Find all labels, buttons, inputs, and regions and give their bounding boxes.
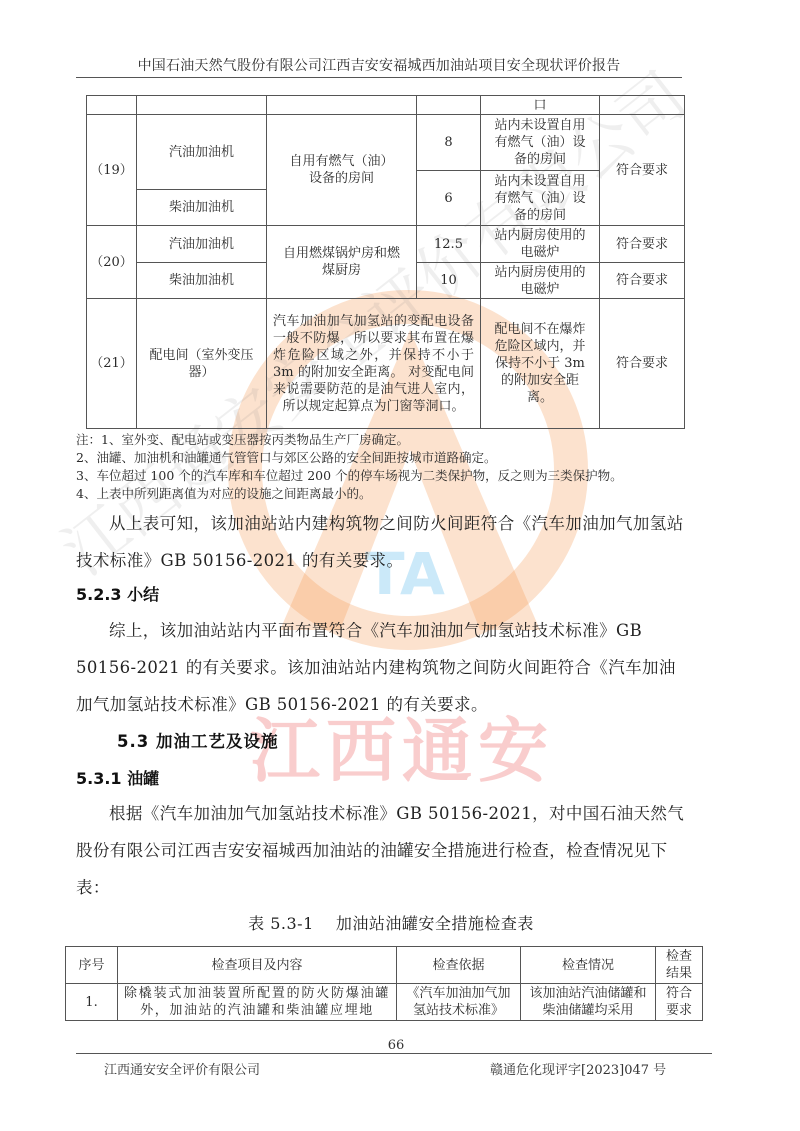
distance-value: 6 [416, 170, 481, 226]
row-number: （20） [86, 225, 137, 299]
distance-value: 12.5 [416, 225, 481, 263]
actual-status: 配电间不在爆炸危险区域内，并保持不小于 3m 的附加安全距离。 [480, 298, 600, 429]
facility-b: 自用燃煤锅炉房和燃煤厨房 [266, 225, 417, 299]
facility-b: 自用有燃气（油）设备的房间 [266, 114, 417, 226]
row-number: （21） [86, 298, 137, 429]
facility-gasoline-dispenser: 汽油加油机 [136, 225, 267, 263]
page-number: 66 [76, 1038, 716, 1053]
table-cell [416, 95, 481, 115]
requirement-text: 汽车加油加气加氢站的变配电设备一般不防爆，所以要求其布置在爆炸危险区域之外，并保… [266, 298, 481, 429]
column-header: 检查项目及内容 [117, 946, 397, 984]
table-cell [86, 95, 137, 115]
actual-status: 站内未设置自用有燃气（油）设备的房间 [480, 114, 600, 171]
actual-status: 站内未设置自用有燃气（油）设备的房间 [480, 170, 600, 226]
inspection-status: 该加油站汽油储罐和柴油储罐均采用 [520, 983, 656, 1021]
footer-divider [76, 1053, 712, 1054]
inspection-result: 符合要求 [655, 983, 703, 1021]
column-header: 检查情况 [520, 946, 656, 984]
result: 符合要求 [599, 262, 685, 299]
note-item: 3、车位超过 100 个的汽车库和车位超过 200 个的停车场视为二类保护物，反… [76, 467, 716, 485]
note-item: 4、上表中所列距离值为对应的设施之间距离最小的。 [76, 485, 716, 503]
table-cell [136, 95, 267, 115]
header-divider [76, 77, 682, 78]
table-caption: 表 5.3-1 加油站油罐安全措施检查表 [76, 911, 706, 934]
note-item: 注：1、室外变、配电站或变压器按丙类物品生产厂房确定。 [76, 431, 716, 449]
row-number: 1. [65, 983, 118, 1021]
page-header: 中国石油天然气股份有限公司江西吉安安福城西加油站项目安全现状评价报告 [76, 55, 682, 75]
column-header: 检查结果 [655, 946, 703, 984]
actual-status: 站内厨房使用的电磁炉 [480, 225, 600, 263]
inspection-basis: 《汽车加油加气加氢站技术标准》 [396, 983, 521, 1021]
paragraph-conclusion: 从上表可知，该加油站站内建构筑物之间防火间距符合《汽车加油加气加氢站技术标准》G… [76, 505, 686, 579]
table-notes: 注：1、室外变、配电站或变压器按丙类物品生产厂房确定。 2、油罐、加油机和油罐通… [76, 431, 716, 503]
row-number: （19） [86, 114, 137, 226]
column-header: 序号 [65, 946, 118, 984]
note-item: 2、油罐、加油机和油罐通气管管口与郊区公路的安全间距按城市道路确定。 [76, 449, 716, 467]
footer-company: 江西通安安全评价有限公司 [104, 1059, 260, 1078]
table-cell [266, 95, 417, 115]
facility-diesel-dispenser: 柴油加油机 [136, 189, 267, 226]
distance-value: 8 [416, 114, 481, 171]
distance-value: 10 [416, 262, 481, 299]
table-cell: 口 [480, 95, 600, 115]
facility-distribution-room: 配电间（室外变压器） [136, 298, 267, 429]
heading-5-3: 5.3 加油工艺及设施 [117, 728, 278, 752]
result: 符合要求 [599, 114, 685, 226]
paragraph-summary: 综上，该加油站站内平面布置符合《汽车加油加气加氢站技术标准》GB 50156-2… [76, 612, 686, 723]
result: 符合要求 [599, 298, 685, 429]
heading-5-3-1: 5.3.1 油罐 [76, 766, 159, 789]
result: 符合要求 [599, 225, 685, 263]
column-header: 检查依据 [396, 946, 521, 984]
table-cell [599, 95, 685, 115]
facility-gasoline-dispenser: 汽油加油机 [136, 114, 267, 190]
actual-status: 站内厨房使用的电磁炉 [480, 262, 600, 299]
inspection-item: 除橇装式加油装置所配置的防火防爆油罐外，加油站的汽油罐和柴油罐应埋地 [117, 983, 397, 1021]
paragraph-tank-intro: 根据《汽车加油加气加氢站技术标准》GB 50156-2021，对中国石油天然气股… [76, 795, 686, 906]
facility-diesel-dispenser: 柴油加油机 [136, 262, 267, 299]
heading-5-2-3: 5.2.3 小结 [76, 582, 159, 605]
footer-doc-number: 赣通危化现评字[2023]047 号 [490, 1059, 666, 1078]
